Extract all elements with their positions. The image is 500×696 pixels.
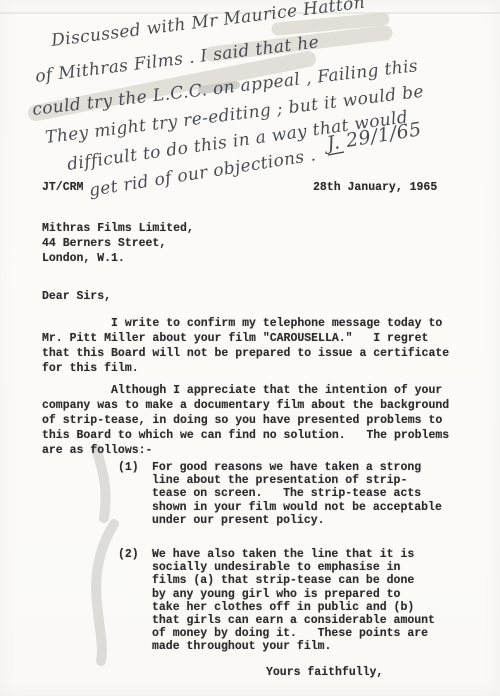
paragraph-2: Although I appreciate that the intention… xyxy=(42,383,449,458)
salutation: Dear Sirs, xyxy=(42,289,111,304)
margin-stroke-1 xyxy=(96,449,106,518)
item-1-label: (1) xyxy=(118,461,139,474)
closing: Yours faithfully, xyxy=(266,665,383,680)
paragraph-1: I write to confirm my telephone message … xyxy=(42,316,449,376)
letter-page: Discussed with Mr Maurice Hatton of Mith… xyxy=(0,0,500,696)
margin-stroke-2 xyxy=(96,524,114,661)
item-2-label: (2) xyxy=(118,548,139,561)
reference-code: JT/CRM xyxy=(42,180,83,195)
recipient-address: Mithras Films Limited, 44 Berners Street… xyxy=(42,221,194,266)
margin-marks xyxy=(96,449,114,661)
item-2-text: We have also taken the line that it is s… xyxy=(152,548,435,654)
item-1-text: For good reasons we have taken a strong … xyxy=(152,461,442,527)
letter-date: 28th January, 1965 xyxy=(313,180,437,195)
